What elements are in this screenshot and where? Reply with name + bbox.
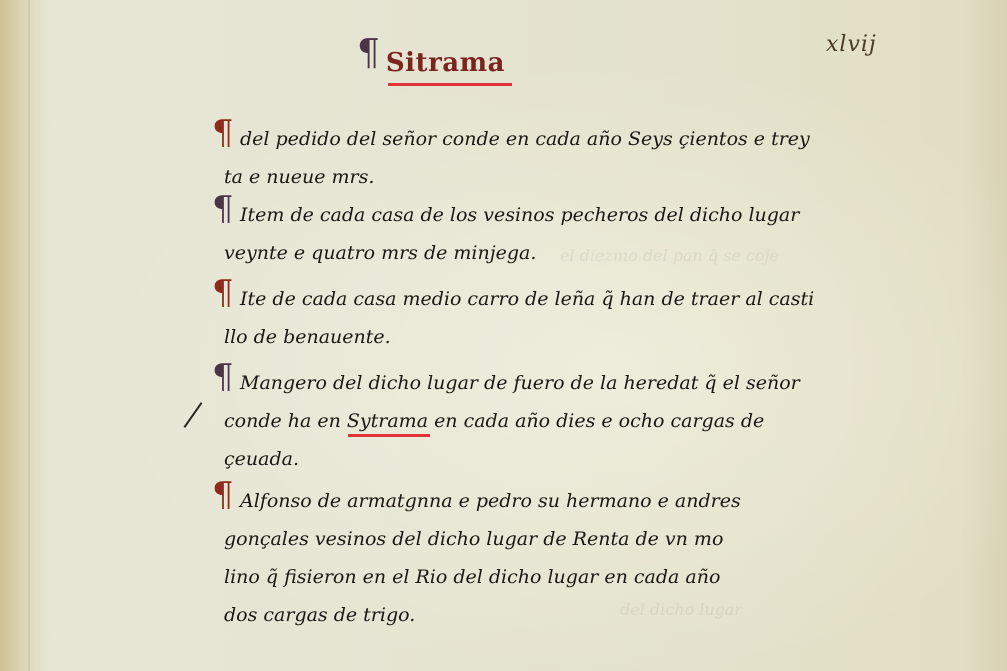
pilcrow-icon: ¶ — [357, 36, 380, 72]
pilcrow-icon: ¶ — [212, 276, 234, 310]
entry-line: çeuada. — [212, 440, 772, 478]
entry-line: del pedido del señor conde en cada año S… — [212, 120, 772, 158]
entry-4: ¶ Mangero del dicho lugar de fuero de la… — [212, 364, 772, 478]
entry-1: ¶ del pedido del señor conde en cada año… — [212, 120, 772, 196]
entry-line: ta e nueue mrs. — [212, 158, 772, 196]
entry-line: Mangero del dicho lugar de fuero de la h… — [212, 364, 772, 402]
heading-title: Sitrama — [386, 48, 505, 78]
entry-line: gonçales vesinos del dicho lugar de Rent… — [212, 520, 772, 558]
entry-line: veynte e quatro mrs de minjega. — [212, 234, 772, 272]
entry-line: dos cargas de trigo. — [212, 596, 772, 634]
pilcrow-icon: ¶ — [212, 116, 234, 150]
pilcrow-icon: ¶ — [212, 478, 234, 512]
section-heading: ¶ Sitrama — [357, 38, 505, 88]
folio-number: xlvij — [826, 32, 877, 57]
word-underline-sytrama — [348, 434, 430, 437]
margin-slash-mark — [184, 402, 203, 428]
entry-line: llo de benauente. — [212, 318, 772, 356]
pilcrow-icon: ¶ — [212, 360, 234, 394]
gutter-crease — [28, 0, 30, 671]
binding-gutter — [0, 0, 50, 671]
entry-3: ¶ Ite de cada casa medio carro de leña q… — [212, 280, 772, 356]
entry-line: Alfonso de armatgnna e pedro su hermano … — [212, 482, 772, 520]
entry-line: lino q̃ fisieron en el Rio del dicho lug… — [212, 558, 772, 596]
entry-2: ¶ Item de cada casa de los vesinos peche… — [212, 196, 772, 272]
pilcrow-icon: ¶ — [212, 192, 234, 226]
entry-line: Item de cada casa de los vesinos pechero… — [212, 196, 772, 234]
entry-line: conde ha en Sytrama en cada año dies e o… — [212, 402, 772, 440]
entry-line: Ite de cada casa medio carro de leña q̃ … — [212, 280, 772, 318]
manuscript-page: el diezmo del pan q̃ se coje del dicho l… — [0, 0, 1007, 671]
heading-underline — [388, 83, 512, 86]
entry-5: ¶ Alfonso de armatgnna e pedro su herman… — [212, 482, 772, 634]
